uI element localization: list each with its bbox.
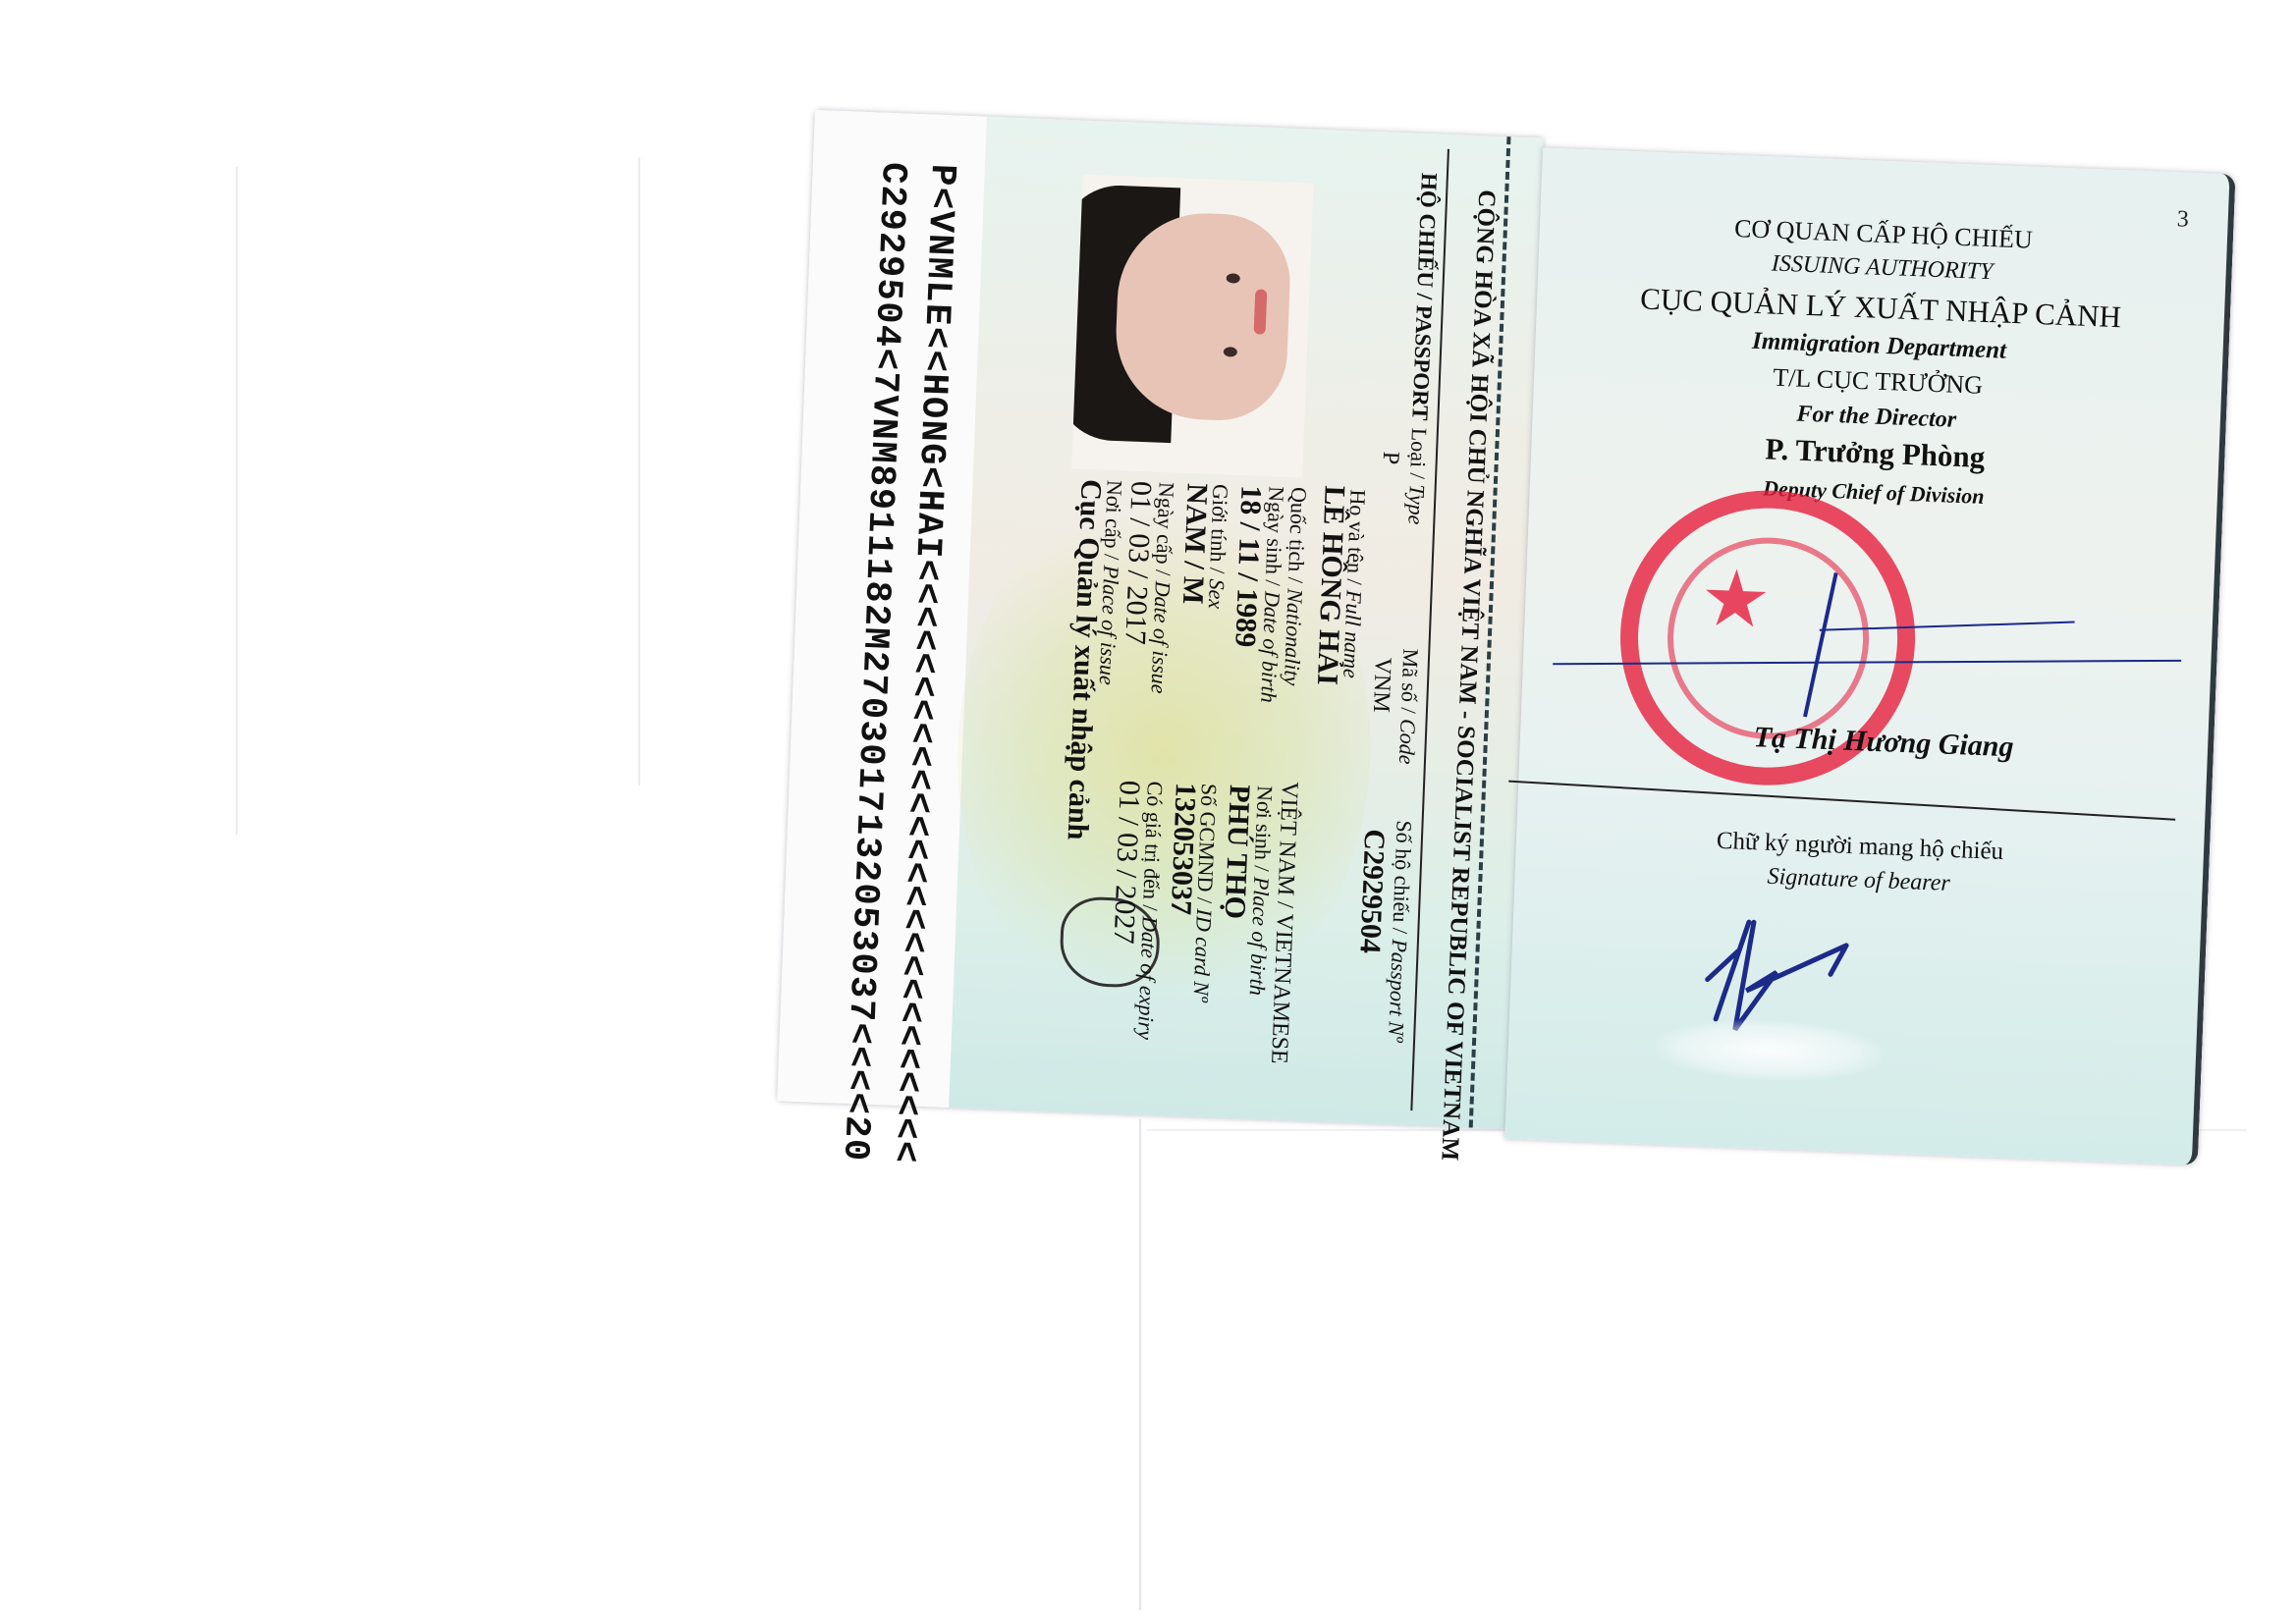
section-divider bbox=[1508, 781, 2175, 821]
value-date-of-birth: 18 / 11 / 1989 bbox=[1228, 485, 1267, 648]
value-sex: NAM / M bbox=[1175, 483, 1214, 606]
scan-artifact bbox=[638, 157, 640, 785]
label-type: Loại / Type bbox=[1402, 427, 1432, 525]
holder-photo bbox=[1071, 175, 1313, 478]
passport-spread: P<VNMLE<<HONG<HAI<<<<<<<<<<<<<<<<<<<<<<<… bbox=[774, 110, 2238, 1234]
data-page: P<VNMLE<<HONG<HAI<<<<<<<<<<<<<<<<<<<<<<<… bbox=[777, 110, 1543, 1129]
mrz-zone: P<VNMLE<<HONG<HAI<<<<<<<<<<<<<<<<<<<<<<<… bbox=[777, 110, 987, 1108]
page-number: 3 bbox=[2176, 206, 2189, 233]
scan-artifact bbox=[236, 167, 238, 835]
label-code: Mã số / Code bbox=[1394, 648, 1424, 765]
value-type: P bbox=[1377, 451, 1403, 464]
value-id-no: 132053037 bbox=[1164, 782, 1202, 915]
passport-title: HỘ CHIẾU / PASSPORT bbox=[1406, 173, 1442, 421]
authority-page: 3 CƠ QUAN CẤP HỘ CHIẾU ISSUING AUTHORITY… bbox=[1504, 147, 2235, 1164]
country-header: CỘNG HÒA XÃ HỘI CHỦ NGHĨA VIỆT NAM - SOC… bbox=[1435, 189, 1500, 1162]
value-date-of-expiry: 01 / 03 / 2027 bbox=[1107, 780, 1146, 945]
value-passport-no: C2929504 bbox=[1352, 829, 1391, 954]
decorative-cloud bbox=[1655, 1017, 1883, 1085]
value-place-of-birth: PHÚ THỌ bbox=[1218, 784, 1256, 919]
value-code: VNM bbox=[1367, 657, 1395, 713]
